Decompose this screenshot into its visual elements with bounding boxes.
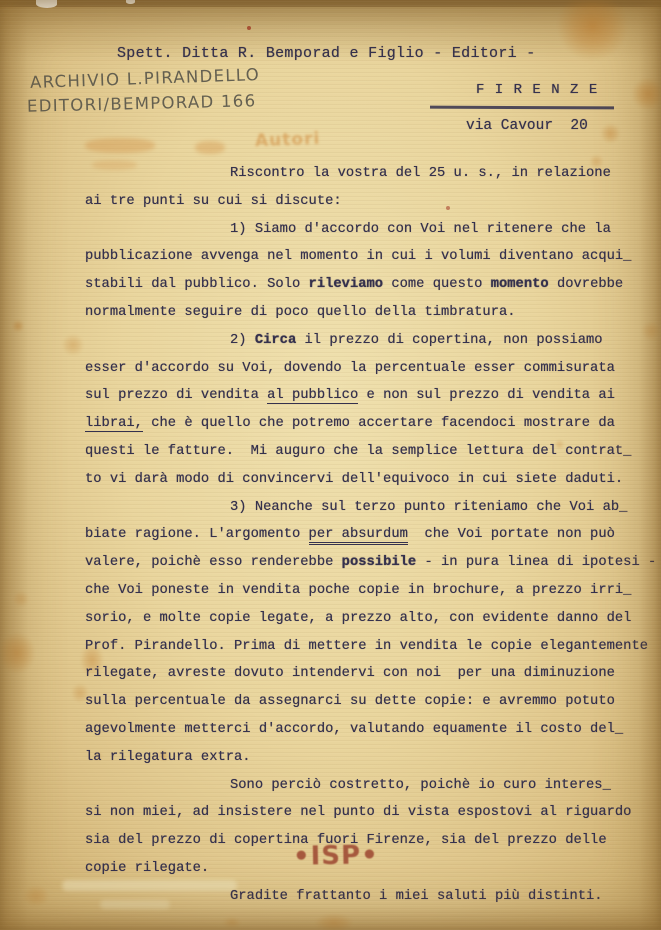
letter-line: normalmente seguire di poco quello della… — [85, 299, 655, 327]
text-run: questi le fatture. Mi auguro che la semp… — [85, 444, 631, 459]
text-run: to vi darà modo di convincervi dell'equi… — [85, 472, 623, 487]
text-run: sorio, e molte copie legate, a prezzo al… — [85, 611, 631, 626]
stain — [0, 625, 42, 681]
text-run: sulla percentuale da assegnarci su dette… — [85, 694, 615, 709]
text-run: che Voi poneste in vendita poche copie i… — [85, 583, 631, 598]
text-run: possibile — [342, 555, 417, 570]
recipient-line: Spett. Ditta R. Bemporad e Figlio - Edit… — [117, 45, 536, 62]
text-run: ai tre punti su cui si discute: — [85, 194, 342, 209]
text-run: 2) — [230, 333, 255, 348]
letter-line: to vi darà modo di convincervi dell'equi… — [85, 466, 655, 494]
text-run: biate ragione. L'argomento — [85, 527, 309, 542]
text-run: 1) Siamo d'accordo con Voi nel ritenere … — [230, 222, 611, 237]
letter-line: esser d'accordo su Voi, dovendo la perce… — [85, 355, 655, 383]
letter-line: questi le fatture. Mi auguro che la semp… — [85, 438, 655, 466]
stain — [10, 588, 32, 610]
text-run: Gradite frattanto i miei saluti più dist… — [230, 889, 603, 904]
letter-line: la rilegatura extra. — [85, 744, 655, 772]
text-run: agevolmente metterci d'accordo, valutand… — [85, 722, 623, 737]
text-run: dovrebbe — [549, 277, 624, 292]
text-run: che è quello che potremo accertare facen… — [143, 416, 615, 431]
stain — [58, 330, 88, 360]
text-run: valere, poichè esso renderebbe — [85, 555, 342, 570]
letter-line: sulla percentuale da assegnarci su dette… — [85, 688, 655, 716]
faded-stamp-word: Autori — [255, 129, 321, 151]
letter-line: valere, poichè esso renderebbe possibile… — [85, 549, 655, 577]
letter-line: Prof. Pirandello. Prima di mettere in ve… — [85, 633, 655, 661]
text-run: momento — [491, 277, 549, 292]
aged-left-band — [0, 0, 28, 930]
faded-stamp-blob — [195, 141, 225, 154]
letter-line: Sono perciò costretto, poichè io curo in… — [85, 772, 655, 800]
text-run: Prof. Pirandello. Prima di mettere in ve… — [85, 639, 648, 654]
text-run: rileviamo — [309, 277, 384, 292]
text-run: sul prezzo di vendita — [85, 388, 267, 403]
stain — [308, 910, 360, 930]
text-run: il prezzo di copertina, non possiamo — [296, 333, 602, 348]
isp-stamp: •ISP• — [293, 840, 379, 871]
paper-tear — [126, 0, 135, 4]
stain — [18, 882, 54, 910]
text-run: e non sul prezzo di vendita ai — [358, 388, 615, 403]
letter-line: 3) Neanche sul terzo punto riteniamo che… — [85, 494, 655, 522]
letter-line: che Voi poneste in vendita poche copie i… — [85, 577, 655, 605]
address-line: via Cavour 20 — [466, 118, 588, 134]
text-run: che Voi portate non può — [408, 527, 615, 542]
letter-line: 1) Siamo d'accordo con Voi nel ritenere … — [85, 216, 655, 244]
text-run: al pubblico — [267, 388, 358, 404]
letter-line: Gradite frattanto i miei saluti più dist… — [85, 883, 655, 911]
text-run: Circa — [255, 333, 296, 348]
letter-body: Riscontro la vostra del 25 u. s., in rel… — [85, 160, 655, 911]
text-run: per absurdum — [309, 527, 408, 545]
letter-line: pubblicazione avvenga nel momento in cui… — [85, 243, 655, 271]
text-run: Riscontro la vostra del 25 u. s., in rel… — [230, 166, 611, 181]
letter-line: biate ragione. L'argomento per absurdum … — [85, 521, 655, 549]
letter-line: ai tre punti su cui si discute: — [85, 188, 655, 216]
letter-line: sorio, e molte copie legate, a prezzo al… — [85, 605, 655, 633]
letter-line: librai, che è quello che potremo accerta… — [85, 410, 655, 438]
text-run: 3) Neanche sul terzo punto riteniamo che… — [230, 500, 627, 515]
letter-line: sul prezzo di vendita al pubblico e non … — [85, 382, 655, 410]
city-underline — [430, 106, 614, 109]
archive-annotation-line2: EDITORI/BEMPORAD 166 — [27, 91, 257, 116]
text-run: esser d'accordo su Voi, dovendo la perce… — [85, 361, 615, 376]
text-run: librai, — [85, 416, 143, 432]
stain — [597, 120, 624, 147]
paper-tear — [36, 0, 57, 8]
faded-stamp-blob — [85, 138, 155, 153]
text-run: Sono perciò costretto, poichè io curo in… — [230, 778, 611, 793]
letter-line: agevolmente metterci d'accordo, valutand… — [85, 716, 655, 744]
text-run: - in pura linea di ipotesi - — [416, 555, 656, 570]
ink-speck — [247, 26, 251, 30]
letter-line: Riscontro la vostra del 25 u. s., in rel… — [85, 160, 655, 188]
archive-annotation-line1: ARCHIVIO L.PIRANDELLO — [30, 65, 261, 92]
letter-page: Spett. Ditta R. Bemporad e Figlio - Edit… — [0, 0, 661, 930]
text-run: normalmente seguire di poco quello della… — [85, 305, 516, 320]
text-run: stabili dal pubblico. Solo — [85, 277, 309, 292]
text-run: rilegate, avreste dovuto intendervi con … — [85, 666, 615, 681]
letter-line: si non miei, ad insistere nel punto di v… — [85, 799, 655, 827]
letter-line: 2) Circa il prezzo di copertina, non pos… — [85, 327, 655, 355]
letter-line: rilegate, avreste dovuto intendervi con … — [85, 660, 655, 688]
text-run: si non miei, ad insistere nel punto di v… — [85, 805, 631, 820]
letter-line: stabili dal pubblico. Solo rileviamo com… — [85, 271, 655, 299]
stain — [545, 0, 640, 73]
text-run: pubblicazione avvenga nel momento in cui… — [85, 249, 631, 264]
stain — [10, 318, 26, 334]
text-run: la rilegatura extra. — [85, 750, 251, 765]
text-run: come questo — [383, 277, 491, 292]
text-run: copie rilegate. — [85, 861, 209, 876]
stain — [626, 72, 661, 116]
city-line: F I R E N Z E — [476, 82, 598, 98]
